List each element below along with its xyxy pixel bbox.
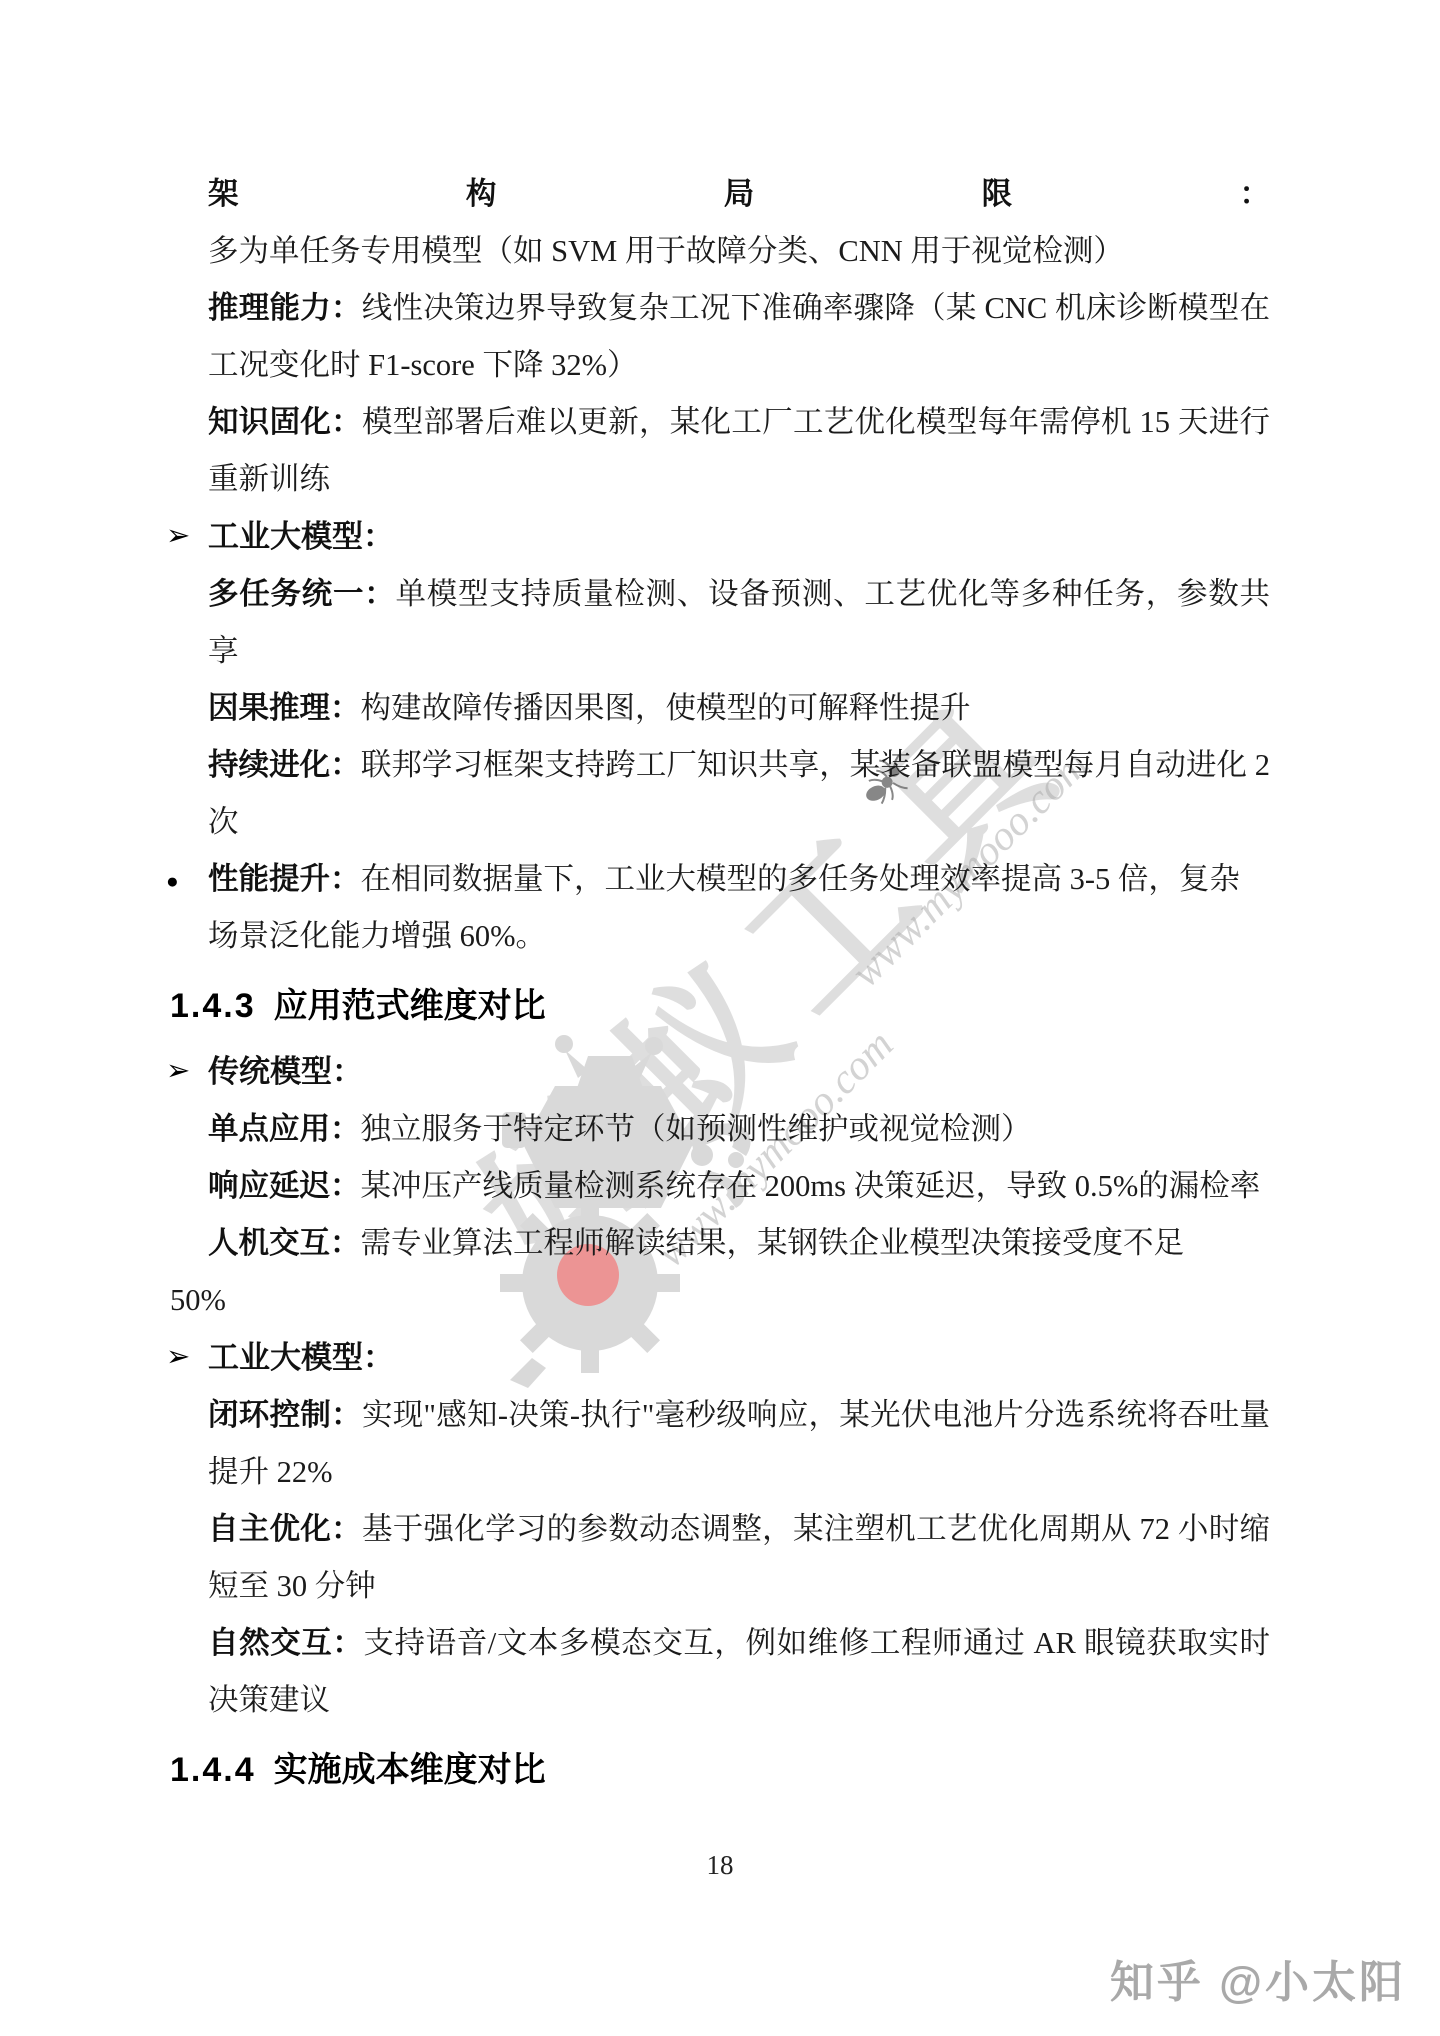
paragraph: 持续进化：联邦学习框架支持跨工厂知识共享，某装备联盟模型每月自动进化 2 次	[208, 737, 1270, 851]
paragraph-text: 支持语音/文本多模态交互，例如维修工程师通过 AR 眼镜获取实时决策建议	[208, 1626, 1270, 1717]
paragraph-label: 闭环控制：	[208, 1398, 362, 1432]
paragraph-text: 实现"感知-决策-执行"毫秒级响应，某光伏电池片分选系统将吞吐量提升 22%	[208, 1398, 1270, 1489]
paragraph-label: 自然交互：	[208, 1626, 363, 1660]
paragraph: 自然交互：支持语音/文本多模态交互，例如维修工程师通过 AR 眼镜获取实时决策建…	[208, 1615, 1270, 1729]
section-title: 应用范式维度对比	[274, 987, 546, 1025]
section-heading: 1.4.4实施成本维度对比	[170, 1739, 1270, 1802]
paragraph: 自主优化：基于强化学习的参数动态调整，某注塑机工艺优化周期从 72 小时缩短至 …	[208, 1501, 1270, 1615]
paragraph-label: 推理能力：	[208, 291, 362, 325]
paragraph-text: 联邦学习框架支持跨工厂知识共享，某装备联盟模型每月自动进化 2 次	[208, 748, 1270, 839]
section-number: 1.4.4	[170, 1751, 256, 1789]
paragraph-label: 性能提升：	[208, 862, 361, 896]
paragraph-text: 基于强化学习的参数动态调整，某注塑机工艺优化周期从 72 小时缩短至 30 分钟	[208, 1512, 1270, 1603]
paragraph-label: 知识固化：	[208, 405, 362, 439]
paragraph-label: 响应延迟：	[208, 1169, 361, 1203]
paragraph-label: 持续进化：	[208, 748, 361, 782]
paragraph: ➢工业大模型：	[208, 1329, 1270, 1387]
paragraph-text: 50%	[170, 1283, 226, 1317]
paragraph: 闭环控制：实现"感知-决策-执行"毫秒级响应，某光伏电池片分选系统将吞吐量提升 …	[208, 1387, 1270, 1501]
paragraph: 因果推理：构建故障传播因果图，使模型的可解释性提升	[208, 680, 1270, 737]
paragraph-text: 模型部署后难以更新，某化工厂工艺优化模型每年需停机 15 天进行重新训练	[208, 405, 1270, 496]
paragraph: ➢工业大模型：	[208, 508, 1270, 566]
section-number: 1.4.3	[170, 987, 256, 1025]
paragraph-label: 人机交互：	[208, 1226, 361, 1260]
paragraph: 单点应用：独立服务于特定环节（如预测性维护或视觉检测）	[208, 1101, 1270, 1158]
paragraph: 多任务统一：单模型支持质量检测、设备预测、工艺优化等多种任务，参数共享	[208, 566, 1270, 680]
paragraph: ●性能提升：在相同数据量下，工业大模型的多任务处理效率提高 3-5 倍，复杂场景…	[208, 851, 1270, 965]
arrow-bullet-icon: ➢	[166, 1329, 190, 1386]
paragraph-text: 需专业算法工程师解读结果，某钢铁企业模型决策接受度不足	[361, 1226, 1185, 1260]
paragraph: 知识固化：模型部署后难以更新，某化工厂工艺优化模型每年需停机 15 天进行重新训…	[208, 394, 1270, 508]
section-title: 实施成本维度对比	[274, 1751, 546, 1789]
paragraph-text: 构建故障传播因果图，使模型的可解释性提升	[361, 691, 971, 725]
paragraph: 架构局限：多为单任务专用模型（如 SVM 用于故障分类、CNN 用于视觉检测）	[208, 166, 1270, 280]
paragraph: 响应延迟：某冲压产线质量检测系统存在 200ms 决策延迟，导致 0.5%的漏检…	[208, 1158, 1270, 1215]
page: { "page": { "number": "18", "credit": "知…	[0, 0, 1440, 2036]
paragraph-label: 工业大模型：	[208, 519, 394, 554]
paragraph-label: 多任务统一：	[208, 577, 396, 611]
paragraph-text: 在相同数据量下，工业大模型的多任务处理效率提高 3-5 倍，复杂场景泛化能力增强…	[208, 862, 1240, 953]
paragraph-label: 架构局限：	[208, 177, 1270, 211]
arrow-bullet-icon: ➢	[166, 1043, 190, 1100]
paragraph-label: 因果推理：	[208, 691, 361, 725]
paragraph: ➢传统模型：	[208, 1043, 1270, 1101]
disc-bullet-icon: ●	[166, 853, 179, 910]
paragraph: 人机交互：需专业算法工程师解读结果，某钢铁企业模型决策接受度不足	[208, 1215, 1270, 1272]
section-heading: 1.4.3应用范式维度对比	[170, 975, 1270, 1038]
zhihu-credit-watermark: 知乎 @小太阳	[1110, 1946, 1406, 2010]
paragraph-text: 独立服务于特定环节（如预测性维护或视觉检测）	[361, 1112, 1032, 1146]
paragraph-label: 自主优化：	[208, 1512, 362, 1546]
paragraph-label: 工业大模型：	[208, 1340, 394, 1375]
paragraph-label: 传统模型：	[208, 1054, 363, 1089]
paragraph-text: 多为单任务专用模型（如 SVM 用于故障分类、CNN 用于视觉检测）	[208, 234, 1124, 268]
paragraph: 推理能力：线性决策边界导致复杂工况下准确率骤降（某 CNC 机床诊断模型在工况变…	[208, 280, 1270, 394]
paragraph-text: 线性决策边界导致复杂工况下准确率骤降（某 CNC 机床诊断模型在工况变化时 F1…	[208, 291, 1270, 382]
page-number: 18	[0, 1850, 1440, 1881]
paragraph-overflow: 50%	[170, 1272, 1270, 1329]
arrow-bullet-icon: ➢	[166, 508, 190, 565]
paragraph-label: 单点应用：	[208, 1112, 361, 1146]
doc-body: 架构局限：多为单任务专用模型（如 SVM 用于故障分类、CNN 用于视觉检测）推…	[170, 166, 1270, 1807]
paragraph-text: 某冲压产线质量检测系统存在 200ms 决策延迟，导致 0.5%的漏检率	[361, 1169, 1261, 1203]
